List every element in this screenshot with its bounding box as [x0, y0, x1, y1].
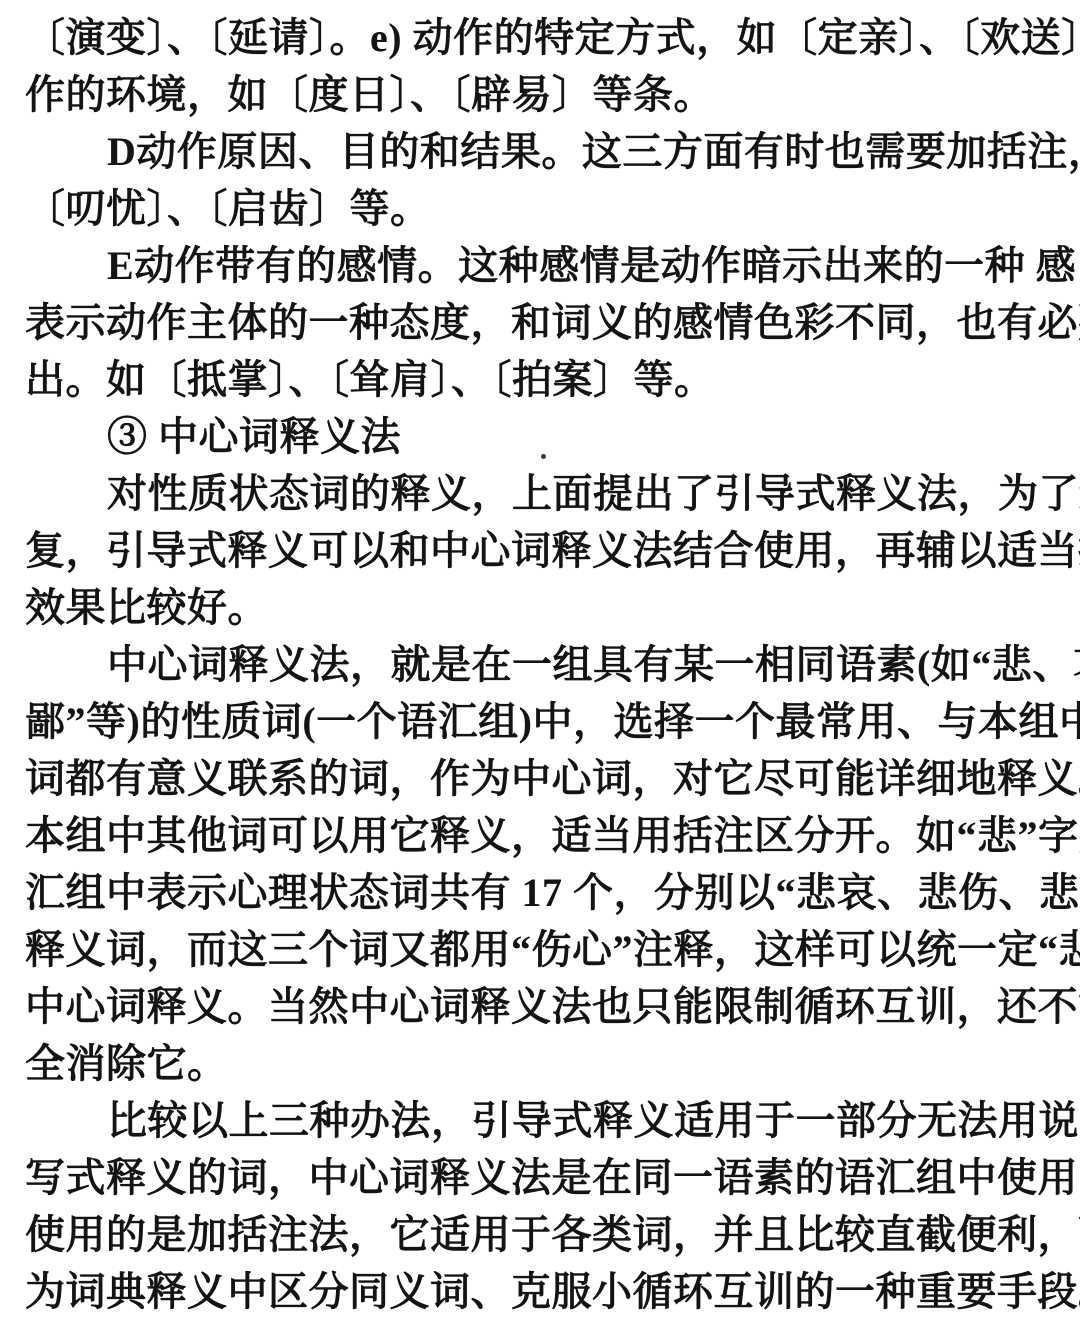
text-line: 汇组中表示心理状态词共有 17 个，分别以“悲哀、悲伤、悲痛”作为 [25, 864, 1055, 921]
text-line: 鄙”等)的性质词(一个语汇组)中，选择一个最常用、与本组中其他 [25, 693, 1055, 750]
ink-speck-artifact [541, 454, 546, 459]
scanned-book-page: 〔演变〕、〔延请〕。e) 动作的特定方式，如〔定亲〕、〔欢送〕。f) 动 作的环… [0, 0, 1080, 1326]
text-line: 写式释义的词，中心词释义法是在同一语素的语汇组中使用，大量 [25, 1149, 1055, 1206]
text-line: 作的环境，如〔度日〕、〔辟易〕等条。 [25, 66, 1055, 123]
text-line: 出。如〔抵掌〕、〔耸肩〕、〔拍案〕等。 [25, 351, 1055, 408]
text-line: 对性质状态词的释义，上面提出了引导式释义法，为了避免重 [25, 465, 1055, 522]
text-line: 词都有意义联系的词，作为中心词，对它尽可能详细地释义。然后 [25, 750, 1055, 807]
text-line: 比较以上三种办法，引导式释义适用于一部分无法用说明描 [25, 1092, 1055, 1149]
text-line: 表示动作主体的一种态度，和词义的感情色彩不同，也有必要注 [25, 294, 1055, 351]
text-line: 中心词释义法，就是在一组具有某一相同语素(如“悲、哀、卑、 [25, 636, 1055, 693]
text-line: 为词典释义中区分同义词、克服小循环互训的一种重要手段。 [25, 1263, 1055, 1320]
text-line: 本组中其他词可以用它释义，适当用括注区分开。如“悲”字头语 [25, 807, 1055, 864]
text-line: 使用的是加括注法，它适用于各类词，并且比较直截便利，可以作 [25, 1206, 1055, 1263]
text-line: 复，引导式释义可以和中心词释义法结合使用，再辅以适当括注， [25, 522, 1055, 579]
text-line: D动作原因、目的和结果。这三方面有时也需要加括注，如 [25, 123, 1055, 180]
text-line: 效果比较好。 [25, 579, 1055, 636]
text-line: E动作带有的感情。这种感情是动作暗示出来的一种 感 情， [25, 237, 1055, 294]
text-line: 全消除它。 [25, 1035, 1055, 1092]
text-line: 释义词，而这三个词又都用“伤心”注释，这样可以统一定“悲痛”为 [25, 921, 1055, 978]
text-line: 〔演变〕、〔延请〕。e) 动作的特定方式，如〔定亲〕、〔欢送〕。f) 动 [25, 9, 1055, 66]
section-heading-line: ③ 中心词释义法 [25, 408, 1055, 465]
text-line: 〔叨忧〕、〔启齿〕等。 [25, 180, 1055, 237]
text-line: 中心词释义。当然中心词释义法也只能限制循环互训，还不能完 [25, 978, 1055, 1035]
